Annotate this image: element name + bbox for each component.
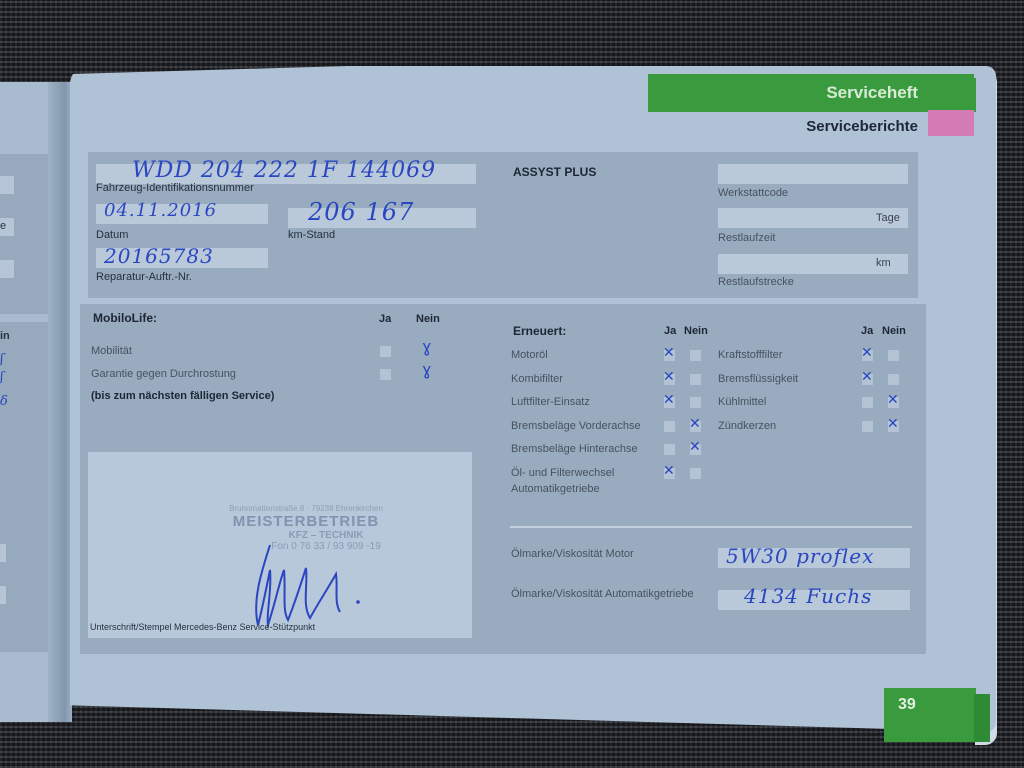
previous-page-mark: δ	[0, 394, 8, 409]
stamp-name: MEISTERBETRIEB	[218, 513, 394, 530]
renewed-item-label: Motoröl	[511, 349, 548, 361]
renewed-item-label: Bremsbeläge Vorderachse	[511, 420, 641, 432]
mobilolife-note: (bis zum nächsten fälligen Service)	[91, 390, 274, 402]
stamp-address: Brunnmattenstraße 8 · 79238 Ehrenkirchen	[218, 504, 394, 513]
renewed-item-label: Zündkerzen	[718, 420, 776, 432]
date-label: Datum	[96, 229, 128, 241]
renewed-item-label: Bremsflüssigkeit	[718, 373, 798, 385]
renewed-col-no: Nein	[684, 325, 708, 337]
mobilolife-item-label: Garantie gegen Durchrostung	[91, 368, 236, 380]
renewed-no-checkbox[interactable]	[690, 350, 701, 361]
workshop-code-label: Werkstattcode	[718, 187, 788, 199]
mobilolife-mobility-no-mark[interactable]: ɣ	[422, 340, 432, 354]
remaining-distance-label: Restlaufstrecke	[718, 276, 794, 288]
km-value: 206 167	[308, 198, 414, 226]
km-label: km-Stand	[288, 229, 335, 241]
section-tab	[964, 78, 976, 112]
signature-icon	[240, 540, 370, 630]
renewed-no-checkbox[interactable]	[690, 397, 701, 408]
remaining-time-unit: Tage	[876, 212, 900, 224]
previous-page-unit: e	[0, 220, 6, 232]
workshop-code-field[interactable]	[718, 164, 908, 184]
mobilolife-title: MobiloLife:	[93, 311, 157, 325]
renewed-item-label: Öl- und Filterwechsel	[511, 467, 614, 479]
renewed-col-no-right: Nein	[882, 325, 906, 337]
mobilolife-col-yes: Ja	[379, 313, 391, 325]
renewed-yes-checkbox[interactable]	[862, 397, 873, 408]
check-mark-icon: ✕	[689, 440, 701, 454]
renewed-no-checkbox[interactable]	[888, 374, 899, 385]
mobilolife-rust-no-mark[interactable]: ɣ	[422, 363, 432, 377]
order-number-value: 20165783	[104, 244, 214, 268]
vin-label: Fahrzeug-Identifikationsnummer	[96, 182, 254, 194]
renewed-no-checkbox[interactable]	[690, 468, 701, 479]
renewed-item-label: Luftfilter-Einsatz	[511, 396, 590, 408]
renewed-title: Erneuert:	[513, 324, 566, 338]
section-title: Serviceheft	[826, 83, 918, 103]
check-mark-icon: ✕	[861, 370, 873, 384]
renewed-item-label: Kombifilter	[511, 373, 563, 385]
mobilolife-item-label: Mobilität	[91, 345, 132, 357]
check-mark-icon: ✕	[663, 464, 675, 478]
page-number-tab	[974, 694, 990, 742]
check-mark-icon: ✕	[887, 393, 899, 407]
engine-oil-label: Ölmarke/Viskosität Motor	[511, 548, 634, 560]
section-header: Serviceheft	[648, 74, 974, 112]
vin-value: WDD 204 222 1F 144069	[132, 158, 436, 183]
gearbox-oil-value: 4134 Fuchs	[744, 584, 872, 608]
renewed-item-label: Kraftstofffilter	[718, 349, 782, 361]
previous-page-field	[0, 586, 6, 604]
date-value: 04.11.2016	[104, 200, 217, 221]
signature-label: Unterschrift/Stempel Mercedes-Benz Servi…	[90, 622, 315, 632]
section-divider	[510, 526, 912, 528]
previous-page-field	[0, 176, 14, 194]
renewed-item-label: Bremsbeläge Hinterachse	[511, 443, 638, 455]
engine-oil-value: 5W30 proflex	[726, 544, 874, 568]
renewed-item-label-line2: Automatikgetriebe	[511, 483, 600, 495]
mobilolife-col-no: Nein	[416, 313, 440, 325]
order-number-label: Reparatur-Auftr.-Nr.	[96, 271, 192, 283]
remaining-time-label: Restlaufzeit	[718, 232, 775, 244]
assyst-title: ASSYST PLUS	[513, 165, 596, 179]
check-mark-icon: ✕	[861, 346, 873, 360]
renewed-no-checkbox[interactable]	[690, 374, 701, 385]
renewed-col-yes-right: Ja	[861, 325, 873, 337]
mobilolife-rust-yes-checkbox[interactable]	[380, 369, 391, 380]
subsection-title: Serviceberichte	[650, 114, 926, 138]
previous-page-field	[0, 544, 6, 562]
renewed-yes-checkbox[interactable]	[664, 444, 675, 455]
previous-page-header: in	[0, 330, 10, 342]
book-gutter	[48, 82, 72, 722]
page-number: 39	[884, 688, 976, 742]
renewed-item-label: Kühlmittel	[718, 396, 766, 408]
renewed-col-yes: Ja	[664, 325, 676, 337]
check-mark-icon: ✕	[887, 417, 899, 431]
check-mark-icon: ✕	[663, 393, 675, 407]
check-mark-icon: ✕	[663, 346, 675, 360]
check-mark-icon: ✕	[689, 417, 701, 431]
remaining-distance-unit: km	[876, 257, 891, 269]
renewed-yes-checkbox[interactable]	[664, 421, 675, 432]
mobilolife-mobility-yes-checkbox[interactable]	[380, 346, 391, 357]
check-mark-icon: ✕	[663, 370, 675, 384]
previous-page-mark: ʃ	[0, 370, 4, 385]
previous-page-mark: ʃ	[0, 352, 4, 367]
renewed-yes-checkbox[interactable]	[862, 421, 873, 432]
previous-page-field	[0, 260, 14, 278]
gearbox-oil-label: Ölmarke/Viskosität Automatikgetriebe	[511, 588, 694, 600]
renewed-no-checkbox[interactable]	[888, 350, 899, 361]
pink-tab-marker	[928, 110, 974, 136]
